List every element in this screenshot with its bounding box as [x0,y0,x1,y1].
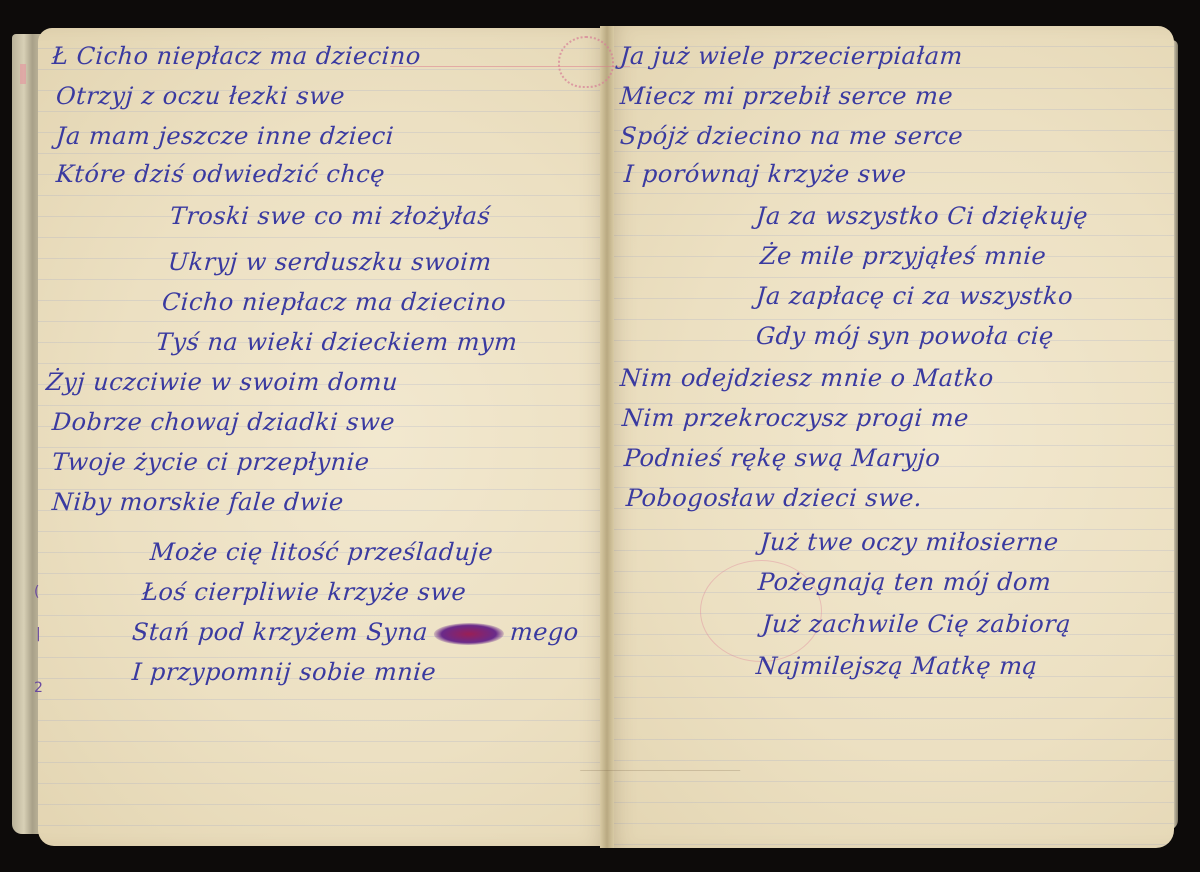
left-line-10: Dobrze chowaj dziadki swe [51,410,396,434]
left-line-9: Żyj uczciwie w swoim domu [45,370,399,394]
right-line-5: Ja za wszystko Ci dziękuję [755,204,1089,228]
left-line-13: Może cię litość prześladuje [149,540,494,564]
left-line-4: Które dziś odwiedzić chcę [55,162,386,186]
left-line-5: Troski swe co mi złożyłaś [169,204,491,228]
left-line-7: Cicho niepłacz ma dziecino [161,290,507,314]
red-underline [390,66,630,67]
right-line-12: Pobogosław dzieci swe. [625,486,923,510]
margin-mark-2: | [36,626,41,642]
right-line-11: Podnieś rękę swą Maryjo [623,446,941,470]
margin-mark-3: 2 [34,680,43,696]
left-page [38,28,610,846]
left-line-14: Łoś cierpliwie krzyże swe [141,580,467,604]
crossed-out-scribble [433,623,505,645]
right-line-15: Już zachwile Cię zabiorą [761,612,1072,636]
book-gutter [600,26,614,848]
left-line-6: Ukryj w serduszku swoim [167,250,492,274]
right-line-7: Ja zapłacę ci za wszystko [755,284,1074,308]
right-line-6: Że mile przyjąłeś mnie [759,244,1047,268]
notebook-scan: Ł Cicho niepłacz ma dziecino Otrzyj z oc… [0,0,1200,872]
right-line-13: Już twe oczy miłosierne [759,530,1059,554]
right-line-3: Spójż dziecino na me serce [619,124,964,148]
right-line-14: Pożegnają ten mój dom [757,570,1052,594]
left-line-1: Ł Cicho niepłacz ma dziecino [51,44,422,68]
right-line-8: Gdy mój syn powoła cię [755,324,1054,348]
margin-mark-1: ( [34,584,39,600]
left-line-12: Niby morskie fale dwie [51,490,344,514]
right-line-1: Ja już wiele przecierpiałam [619,44,964,68]
right-line-9: Nim odejdziesz mnie o Matko [619,366,995,390]
right-line-10: Nim przekroczysz progi me [621,406,970,430]
left-line-15: Stań pod krzyżem Synamego [131,620,580,645]
left-line-3: Ja mam jeszcze inne dzieci [55,124,395,148]
left-line-2: Otrzyj z oczu łezki swe [55,84,346,108]
prefix-mark: Ł [51,42,70,70]
left-line-11: Twoje życie ci przepłynie [51,450,370,474]
left-line-8: Tyś na wieki dzieckiem mym [155,330,518,354]
right-line-4: I porównaj krzyże swe [623,162,907,186]
right-line-16: Najmilejszą Matkę mą [755,654,1038,678]
right-line-2: Miecz mi przebił serce me [619,84,954,108]
left-line-16: I przypomnij sobie mnie [131,660,437,684]
pink-stamp-stain [558,36,614,88]
